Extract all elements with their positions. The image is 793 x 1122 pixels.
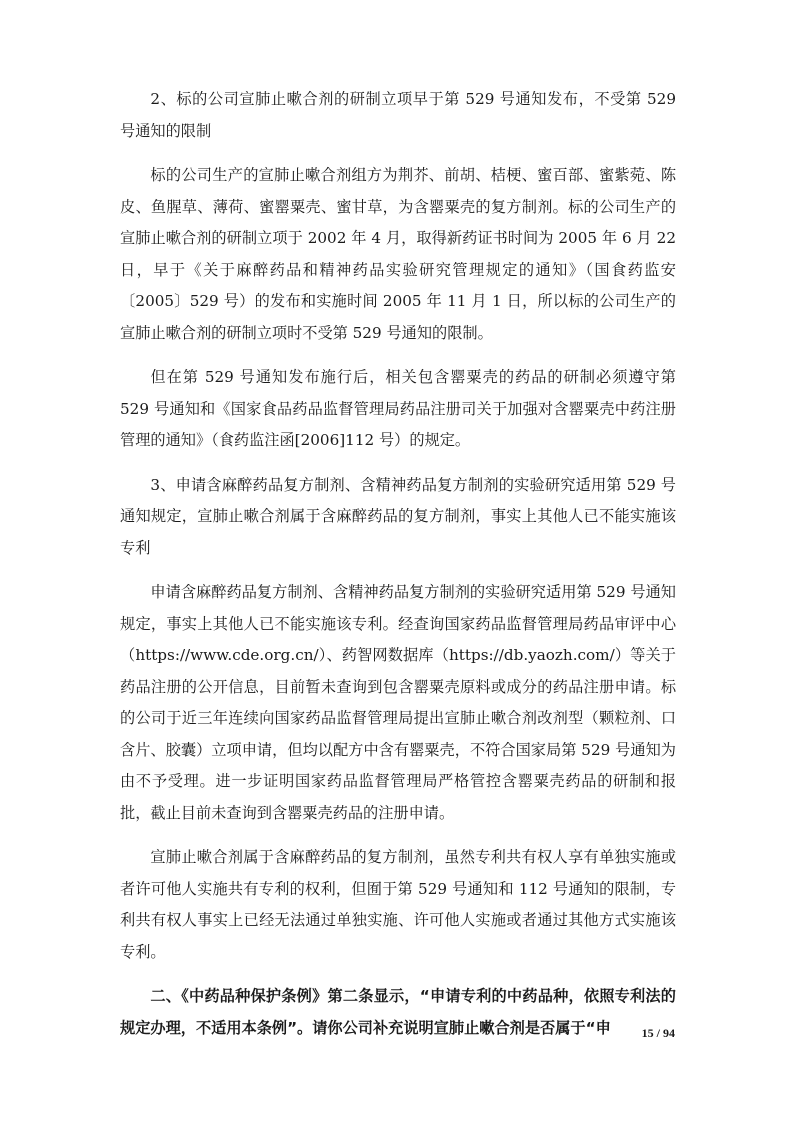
paragraph-529-compliance: 但在第 529 号通知发布施行后，相关包含罂粟壳的药品的研制必须遵守第 529 …	[120, 362, 676, 457]
paragraph-formula: 标的公司生产的宣肺止嗽合剂组方为荆芥、前胡、桔梗、蜜百部、蜜紫菀、陈皮、鱼腥草、…	[120, 160, 676, 349]
paragraph-registration-search: 申请含麻醉药品复方制剂、含精神药品复方制剂的实验研究适用第 529 号通知规定，…	[120, 577, 676, 829]
document-page: 2、标的公司宣肺止嗽合剂的研制立项早于第 529 号通知发布，不受第 529 号…	[120, 84, 676, 1044]
section-heading-3: 3、申请含麻醉药品复方制剂、含精神药品复方制剂的实验研究适用第 529 号通知规…	[120, 470, 676, 565]
section-heading-2: 2、标的公司宣肺止嗽合剂的研制立项早于第 529 号通知发布，不受第 529 号…	[120, 84, 676, 147]
page-number: 15 / 94	[630, 1026, 675, 1041]
question-2-heading: 二、《中药品种保护条例》第二条显示，“申请专利的中药品种，依照专利法的规定办理，…	[120, 981, 676, 1044]
paragraph-patent-rights: 宣肺止嗽合剂属于含麻醉药品的复方制剂，虽然专利共有权人享有单独实施或者许可他人实…	[120, 842, 676, 968]
